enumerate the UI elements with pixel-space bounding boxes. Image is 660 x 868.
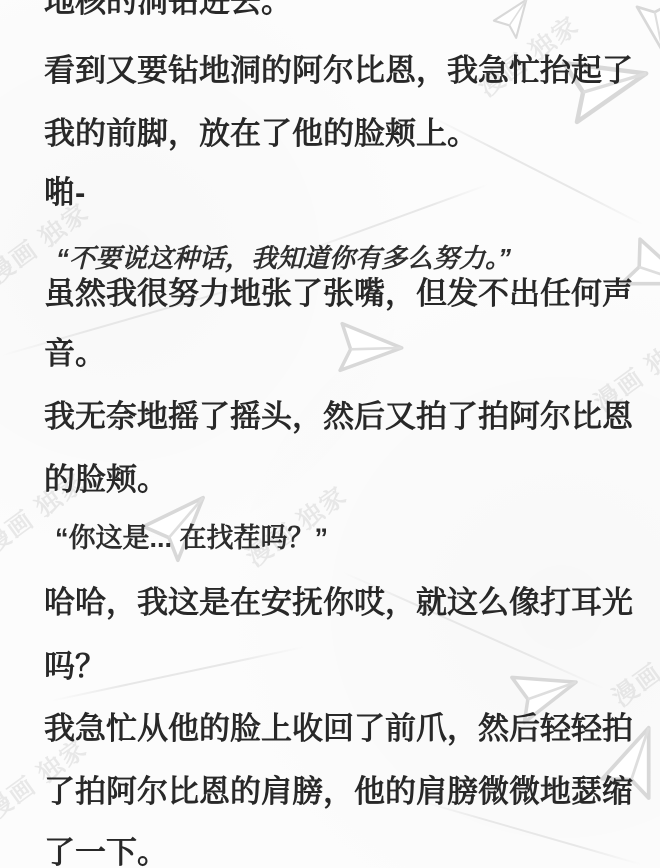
text-line: 的脸颊。 — [44, 464, 168, 497]
text-line: 虽然我很努力地张了张嘴，但发不出任何声 — [44, 278, 633, 311]
text-line: 地核的洞钻进去。 — [44, 0, 292, 19]
text-line: 了拍阿尔比恩的肩膀，他的肩膀微微地瑟缩 — [44, 776, 633, 809]
text-line-quote-italic: “不要说这种话，我知道你有多么努力。” — [56, 245, 511, 272]
text-line: 看到又要钻地洞的阿尔比恩，我急忙抬起了 — [44, 55, 633, 88]
text-line: 我无奈地摇了摇头，然后又拍了拍阿尔比恩 — [44, 401, 633, 434]
text-line: 哈哈，我这是在安抚你哎，就这么像打耳光 — [44, 587, 633, 620]
text-line: 了一下。 — [44, 837, 168, 868]
text-layer: 地核的洞钻进去。 看到又要钻地洞的阿尔比恩，我急忙抬起了 我的前脚，放在了他的脸… — [0, 0, 660, 868]
novel-text-page: 漫画 独家 漫画 独家 漫画 独家 漫画 独家 漫画 独家 漫画 独家 漫画 独… — [0, 0, 660, 868]
text-line: 我急忙从他的脸上收回了前爪，然后轻轻拍 — [44, 713, 633, 746]
text-line: 啪- — [44, 177, 85, 210]
text-line: 音。 — [44, 338, 106, 371]
text-line-quote: “你这是... 在找茬吗？” — [55, 524, 328, 552]
text-line: 吗？ — [44, 651, 106, 684]
text-line: 我的前脚，放在了他的脸颊上。 — [44, 118, 478, 151]
